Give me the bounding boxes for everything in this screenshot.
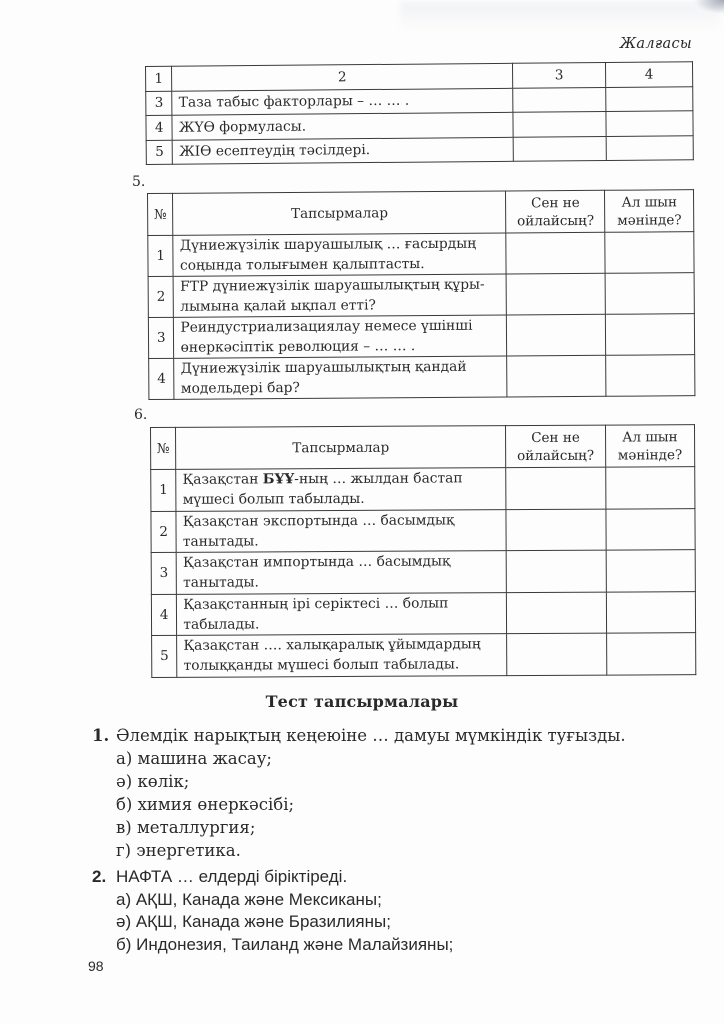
answer-option[interactable]: а) АҚШ, Канада және Мексиканы; (92, 889, 453, 912)
row-text-line: Қазақстанның ірі серіктесі … болып (183, 595, 448, 612)
header-tasks: Тапсырмалар (176, 426, 506, 470)
table-row: 4 Қазақстанның ірі серіктесі … болыптабы… (151, 591, 695, 635)
table-row: 3 Қазақстан импортында … басымдықтанытад… (151, 550, 695, 594)
answer-cell[interactable] (513, 111, 606, 136)
row-text: ЖІӨ есептеудің тәсілдері. (173, 137, 514, 164)
answer-option[interactable]: б) химия өнеркәсібі; (92, 793, 626, 816)
row-text-line: толыққанды мүшесі болып табылады. (184, 657, 460, 674)
row-text-line: Дүниежүзілік шаруашылықтың қандай (181, 359, 467, 377)
header-actual: Ал шын мәнінде? (605, 425, 694, 467)
table-row: 2 Қазақстан экспортында … басымдықтаныта… (151, 508, 695, 552)
header-cell: 4 (606, 62, 693, 87)
answer-cell[interactable] (606, 314, 695, 356)
row-text: FTP дүниежүзілік шаруашылықтың құры-лымы… (174, 274, 507, 317)
answer-cell[interactable] (606, 86, 693, 111)
row-number: 2 (151, 511, 177, 553)
row-text: Реиндустриализациялау немесе үшіншіөнерк… (174, 315, 507, 358)
row-text: Дүниежүзілік шаруашылық … ғасырдыңсоңынд… (173, 233, 506, 276)
section-6-table: № Тапсырмалар Сен не ойлайсың? Ал шын мә… (150, 424, 696, 677)
table-header-row: № Тапсырмалар Сен не ойлайсың? Ал шын мә… (148, 190, 694, 236)
answer-cell[interactable] (506, 273, 605, 315)
answer-cell[interactable] (506, 467, 606, 509)
row-number: 2 (148, 276, 174, 317)
row-text-line: Реиндустриализациялау немесе үшінші (180, 318, 472, 336)
row-text: Таза табыс факторлары – … … . (172, 88, 513, 115)
answer-cell[interactable] (507, 592, 607, 634)
row-text-line: соңында толығымен қалыптасты. (180, 256, 425, 274)
answer-cell[interactable] (606, 111, 693, 136)
answer-cell[interactable] (605, 467, 694, 509)
answer-cell[interactable] (507, 314, 606, 356)
question-stem: 1.Әлемдік нарықтың кеңеюіне … дамуы мүмк… (92, 724, 626, 747)
question-text: НАФТА … елдерді біріктіреді. (116, 867, 347, 886)
row-text-line: Қазақстан …. халықаралық ұйымдардың (183, 637, 480, 655)
table-row: 2 FTP дүниежүзілік шаруашылықтың құры-лы… (148, 273, 694, 318)
textbook-page: Жалғасы 1 2 3 4 3 Таза табыс факторлары … (0, 0, 724, 1024)
answer-cell[interactable] (507, 355, 606, 397)
question-number: 1. (92, 724, 116, 747)
section-6-label: 6. (134, 407, 147, 423)
row-text: Қазақстан экспортында … басымдықтанытады… (176, 509, 506, 552)
answer-cell[interactable] (605, 273, 694, 315)
row-text-line: мүшесі болып табылады. (183, 491, 365, 508)
row-text: Қазақстанның ірі серіктесі … болыптабыла… (177, 592, 507, 635)
answer-cell[interactable] (606, 508, 695, 550)
row-text-line: өнеркәсіптік революция – … … . (181, 338, 416, 356)
row-text-line: Қазақстан экспортында … басымдық (183, 512, 455, 529)
table-row: 4 Дүниежүзілік шаруашылықтың қандаймодел… (149, 355, 695, 400)
row-text-line: Дүниежүзілік шаруашылық … ғасырдың (180, 236, 476, 254)
test-heading: Тест тапсырмалары (0, 692, 724, 711)
row-text-segment: -ның … жылдан бастап (294, 471, 462, 488)
row-text-line: модельдері бар? (181, 380, 300, 397)
answer-cell[interactable] (506, 232, 605, 274)
table-header-row: № Тапсырмалар Сен не ойлайсың? Ал шын мә… (151, 425, 695, 470)
question-text: Әлемдік нарықтың кеңеюіне … дамуы мүмкін… (116, 726, 626, 745)
test-question-1: 1.Әлемдік нарықтың кеңеюіне … дамуы мүмк… (92, 724, 626, 862)
header-cell: 1 (146, 66, 173, 91)
table-row: 5 ЖІӨ есептеудің тәсілдері. (146, 135, 693, 164)
section-5-label: 5. (132, 174, 145, 190)
row-number: 4 (146, 115, 173, 140)
table-row: 5 Қазақстан …. халықаралық ұйымдардыңтол… (152, 633, 696, 677)
scan-bleed-through (400, 2, 720, 32)
answer-cell[interactable] (606, 550, 695, 592)
answer-cell[interactable] (506, 509, 606, 551)
header-tasks: Тапсырмалар (173, 191, 506, 235)
continued-table: 1 2 3 4 3 Таза табыс факторлары – … … . … (145, 61, 694, 165)
scan-edge-shadow (694, 0, 724, 14)
answer-cell[interactable] (507, 633, 607, 675)
answer-cell[interactable] (513, 87, 606, 112)
row-number: 1 (151, 469, 177, 511)
row-number: 5 (152, 635, 178, 677)
header-guess: Сен не ойлайсың? (506, 190, 605, 233)
row-number: 1 (148, 235, 174, 276)
page-number: 98 (88, 958, 104, 974)
row-text-line: танытады. (183, 575, 259, 591)
answer-option[interactable]: а) машина жасау; (92, 747, 626, 770)
question-number: 2. (92, 866, 116, 889)
answer-option[interactable]: г) энергетика. (92, 839, 626, 862)
row-number: 4 (151, 594, 177, 636)
answer-cell[interactable] (506, 550, 606, 592)
row-text-line: табылады. (183, 616, 259, 632)
row-text: Қазақстан импортында … басымдықтанытады. (176, 551, 506, 594)
row-number: 3 (146, 91, 173, 116)
answer-cell[interactable] (606, 355, 695, 397)
row-text: Дүниежүзілік шаруашылықтың қандаймодельд… (174, 356, 507, 399)
row-text-line: FTP дүниежүзілік шаруашылықтың құры- (180, 277, 485, 295)
answer-option[interactable]: ә) АҚШ, Канада және Бразилияны; (92, 911, 453, 934)
row-number: 3 (148, 317, 174, 358)
row-number: 3 (151, 552, 177, 594)
answer-cell[interactable] (606, 591, 695, 633)
section-5-table: № Тапсырмалар Сен не ойлайсың? Ал шын мә… (147, 189, 695, 400)
row-text-line: лымына қалай ықпал етті? (180, 297, 376, 314)
answer-option[interactable]: б) Индонезия, Таиланд және Малайзияны; (92, 934, 453, 957)
answer-option[interactable]: в) металлургия; (92, 816, 626, 839)
row-text-line: Қазақстан импортында … басымдық (183, 554, 450, 571)
answer-option[interactable]: ә) көлік; (92, 770, 626, 793)
test-question-2: 2.НАФТА … елдерді біріктіреді. а) АҚШ, К… (92, 866, 453, 956)
header-actual: Ал шын мәнінде? (605, 190, 694, 233)
continued-label: Жалғасы (620, 36, 692, 52)
header-cell: 3 (512, 62, 605, 87)
answer-cell[interactable] (513, 136, 606, 161)
answer-cell[interactable] (606, 135, 693, 160)
header-cell: 2 (172, 63, 513, 90)
question-stem: 2.НАФТА … елдерді біріктіреді. (92, 866, 453, 889)
row-number: 4 (149, 358, 175, 399)
table-row: 3 Реиндустриализациялау немесе үшіншіөне… (148, 314, 694, 359)
table-row: 1 Қазақстан БҰҰ-ның … жылдан бастапмүшес… (151, 467, 695, 511)
row-text-line: танытады. (183, 533, 259, 549)
row-text-segment: Қазақстан (183, 472, 263, 488)
header-guess: Сен не ойлайсың? (506, 425, 606, 468)
row-text-bold-segment: БҰҰ (263, 471, 295, 487)
row-text: Қазақстан БҰҰ-ның … жылдан бастапмүшесі … (176, 468, 506, 511)
row-text: ЖҮӨ формуласы. (172, 112, 513, 139)
header-number: № (148, 193, 174, 235)
row-text: Қазақстан …. халықаралық ұйымдардыңтолық… (177, 634, 507, 677)
answer-cell[interactable] (605, 232, 694, 274)
row-number: 5 (146, 140, 173, 165)
table-row: 1 Дүниежүзілік шаруашылық … ғасырдыңсоңы… (148, 232, 694, 277)
header-number: № (151, 427, 177, 469)
answer-cell[interactable] (606, 633, 695, 675)
